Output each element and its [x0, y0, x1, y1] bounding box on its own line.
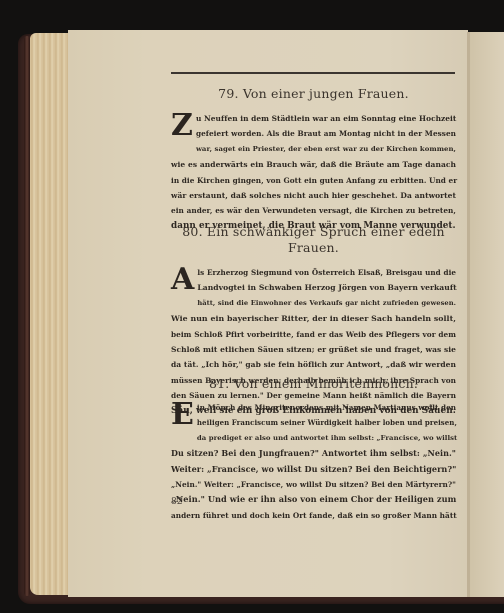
text-line: ls Erzherzog Siegmund von Österreich Els… [171, 265, 456, 280]
text-line: wär erstaunt, daß solches nicht auch hie… [171, 188, 456, 203]
drop-cap: E [171, 401, 194, 431]
text-line: war, saget ein Priester, der eben erst w… [171, 142, 456, 157]
text-line: Du sitzen? Bei den Jungfrauen?" Antworte… [171, 446, 456, 461]
text-line: in die Kirchen gingen, von Gott ein gute… [171, 173, 456, 188]
text-line: Schloß mit etlichen Säuen sitzen; er grü… [171, 342, 456, 357]
text-line: Landvogtei in Schwaben Herzog Jörgen von… [171, 280, 456, 295]
section-body: Z u Neuffen in dem Städtlein war an eim … [171, 111, 456, 234]
text-line: gefeiert worden. Als die Braut am Montag… [171, 126, 456, 141]
section-heading: 79. Von einer jungen Frauen. [171, 86, 456, 102]
text-line: beim Schloß Pfirt vorbeiritte, fand er d… [171, 327, 456, 342]
text-line: da prediget er also und antwortet ihm se… [171, 431, 456, 446]
text-line: heiligen Franciscum seiner Würdigkeit ha… [171, 415, 456, 430]
text-line: in Mönch des Minoritenordens mit Namen M… [171, 400, 456, 415]
text-line: u Neuffen in dem Städtlein war an eim So… [171, 111, 456, 126]
text-line: „Nein." Und wie er ihn also von einem Ch… [171, 492, 456, 507]
text-line: da tät. „Ich hör," gab sie fein höflich … [171, 357, 456, 372]
drop-cap: Z [171, 112, 193, 142]
section-body: E in Mönch des Minoritenordens mit Namen… [171, 400, 456, 523]
text-line: hätt, sind die Einwohner des Verkaufs ga… [171, 296, 456, 311]
section-heading: 81. Von einem Minoritenmönch. [171, 376, 456, 392]
page-number: 82 [171, 497, 182, 507]
section-heading: 80. Ein schwänkiger Spruch einer edeln F… [171, 224, 456, 256]
text-line: wie es anderwärts ein Brauch wär, daß di… [171, 157, 456, 172]
header-rule [171, 72, 455, 74]
drop-cap: A [171, 266, 194, 296]
text-line: ein ander, es wär den Verwundeten versag… [171, 203, 456, 218]
text-line: andern führet und doch kein Ort fande, d… [171, 508, 456, 523]
facing-page [470, 32, 504, 597]
section-81: 81. Von einem Minoritenmönch. E in Mönch… [171, 376, 456, 523]
text-line: Weiter: „Francisce, wo willst Du sitzen?… [171, 462, 456, 477]
text-line: Wie nun ein bayerischer Ritter, der in d… [171, 311, 456, 326]
section-79: 79. Von einer jungen Frauen. Z u Neuffen… [171, 86, 456, 234]
text-line: „Nein." Weiter: „Francisce, wo willst Du… [171, 477, 456, 492]
